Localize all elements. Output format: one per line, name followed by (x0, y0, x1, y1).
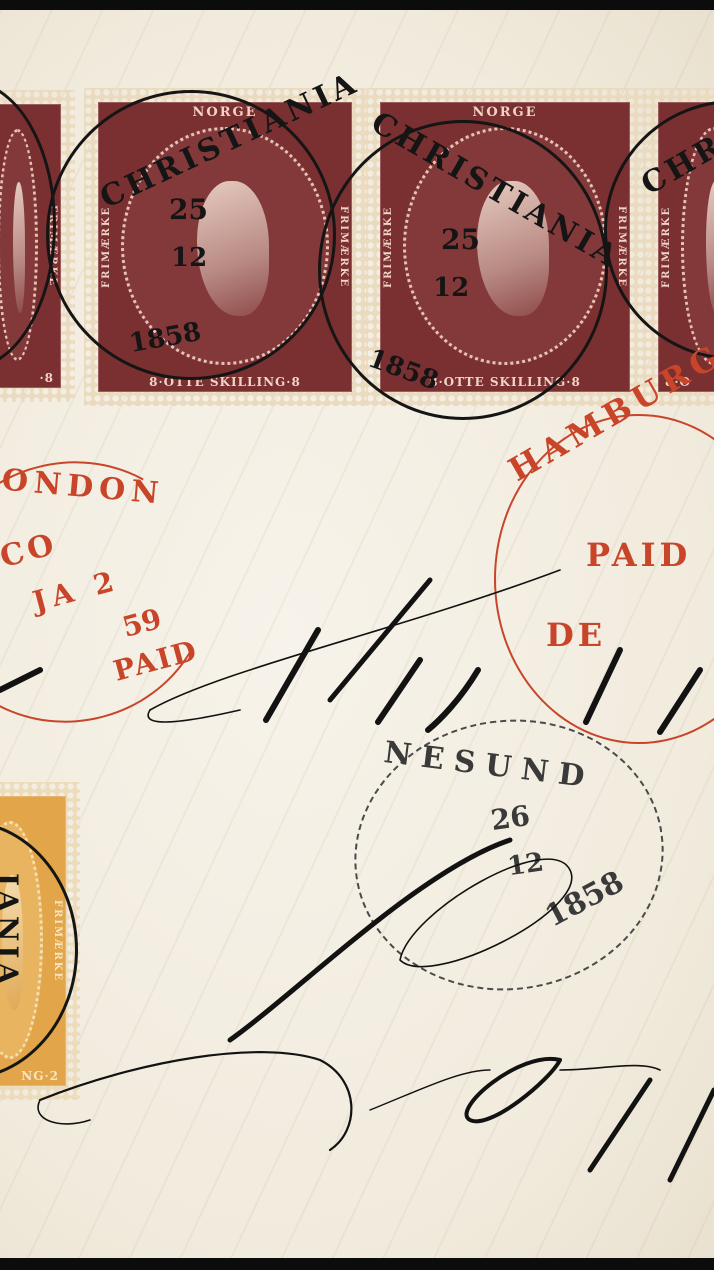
postal-cover: FRIMÆRKE ·8 NORGE FRIMÆRKE FRIMÆRKE 8·OT… (0, 10, 714, 1258)
manuscript-ink-strokes (0, 10, 714, 1258)
